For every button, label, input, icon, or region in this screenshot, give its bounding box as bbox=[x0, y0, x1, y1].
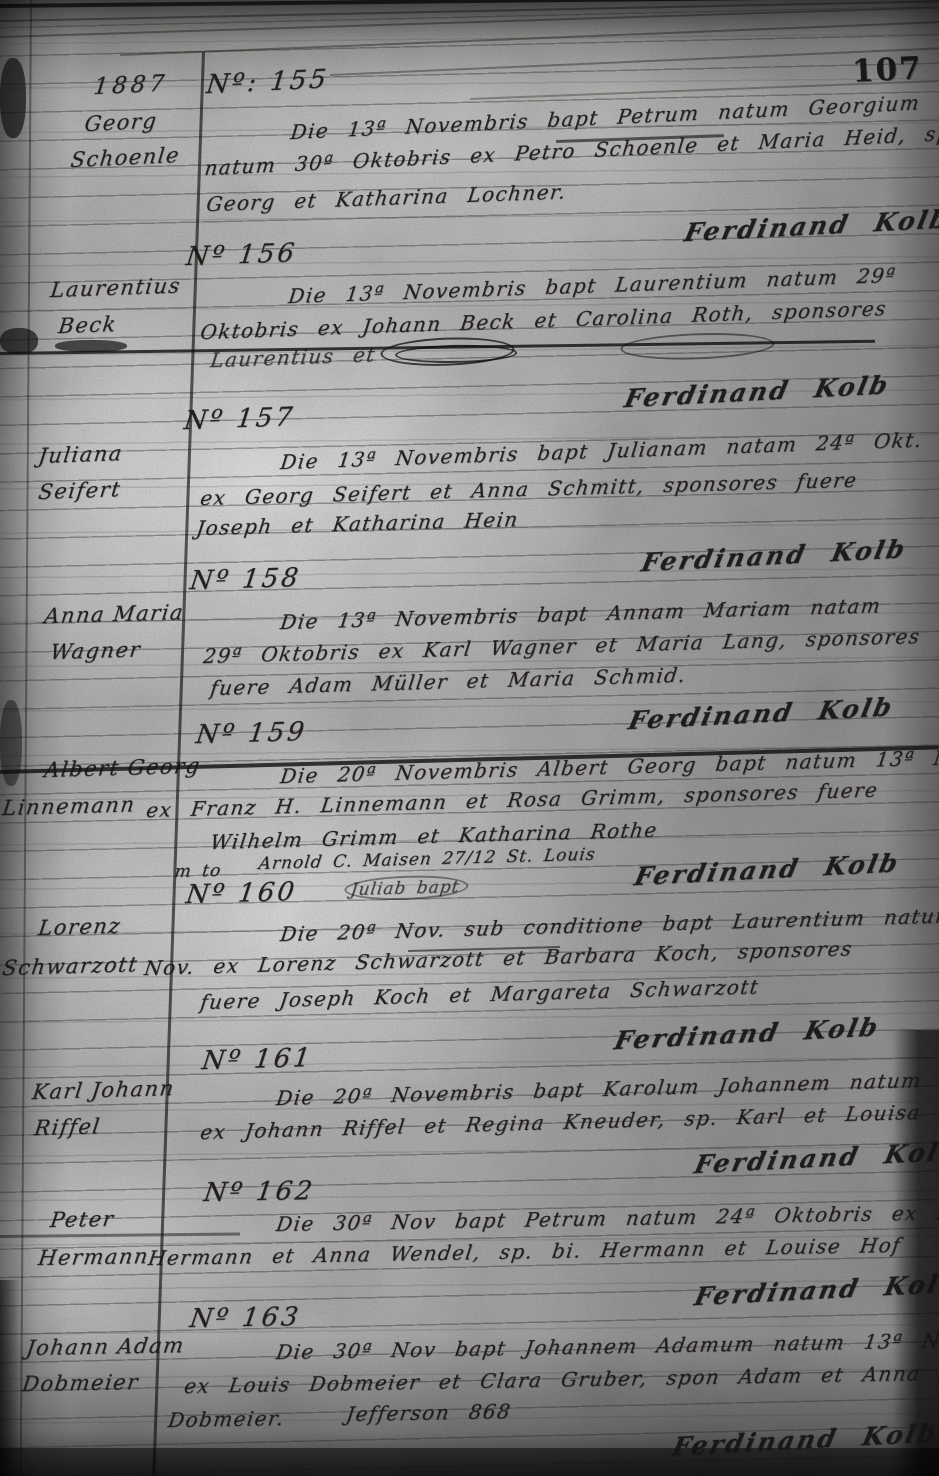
priest-signature: Ferdinand Kolb bbox=[632, 848, 903, 891]
body-line: ex Franz H. Linnemann et Rosa Grimm, spo… bbox=[145, 778, 880, 823]
struck-body-line: Laurentius et bbox=[209, 342, 377, 372]
ink-scribble bbox=[620, 331, 775, 362]
margin-name: Karl Johann bbox=[31, 1076, 176, 1104]
body-line: Hermann et Anna Wendel, sp. bi. Hermann … bbox=[147, 1233, 903, 1270]
edge-shadow bbox=[0, 1280, 20, 1476]
body-line: Joseph et Katharina Hein bbox=[195, 507, 520, 540]
margin-name: Johann Adam bbox=[25, 1333, 187, 1360]
body-line: ex Louis Dobmeier et Clara Gruber, spon … bbox=[183, 1361, 923, 1398]
margin-name: Juliana bbox=[37, 441, 124, 468]
body-line: Dobmeier. bbox=[167, 1406, 287, 1432]
margin-name: Laurentius bbox=[49, 273, 182, 302]
ink-smudge bbox=[0, 58, 26, 138]
margin-name: Anna Maria bbox=[43, 600, 186, 628]
entry-number: Nº 161 bbox=[200, 1043, 315, 1076]
address-note: Jefferson 868 bbox=[345, 1399, 513, 1426]
priest-signature: Ferdinand Kolb bbox=[670, 1418, 939, 1461]
body-line: Georg et Katharina Lochner. bbox=[205, 179, 568, 216]
entry-number: Nº 163 bbox=[188, 1302, 303, 1334]
body-line: Die 30ª Nov bapt Johannem Adamum natum 1… bbox=[275, 1327, 939, 1364]
margin-name: Hermann bbox=[37, 1244, 151, 1270]
scan-line bbox=[0, 1232, 240, 1237]
entry-number: Nº: 155 bbox=[205, 64, 331, 100]
margin-name: Georg bbox=[83, 109, 158, 137]
margin-name: Beck bbox=[57, 312, 118, 338]
priest-signature: Ferdinand Kolb bbox=[692, 1268, 939, 1311]
margin-year: 1887 bbox=[92, 70, 169, 100]
margin-name: Linnemann bbox=[1, 792, 137, 820]
ink-scribble bbox=[344, 874, 469, 902]
margin-name: Peter bbox=[49, 1207, 116, 1232]
entry-number: Nº 157 bbox=[182, 402, 297, 436]
margin-name: Albert Georg bbox=[43, 754, 202, 782]
body-line: Die 30ª Nov bapt Petrum natum 24ª Oktobr… bbox=[275, 1199, 939, 1236]
margin-name: Lorenz bbox=[37, 914, 123, 940]
body-line: Die 13ª Novembris bapt Julianam natam 24… bbox=[279, 428, 924, 475]
priest-signature: Ferdinand Kolb bbox=[612, 1012, 883, 1055]
entry-number: Nº 156 bbox=[184, 238, 299, 272]
margin-name: Wagner bbox=[49, 637, 143, 664]
priest-signature: Ferdinand Kolb bbox=[639, 534, 910, 577]
priest-signature: Ferdinand Kolb bbox=[682, 204, 939, 247]
scan-line bbox=[330, 47, 939, 76]
margin-name: Schwarzott bbox=[1, 952, 140, 980]
entry-number: Nº 158 bbox=[188, 563, 303, 596]
margin-name: Riffel bbox=[33, 1114, 102, 1140]
priest-signature: Ferdinand Kolb bbox=[622, 370, 893, 413]
ink-smudge bbox=[0, 328, 38, 354]
entry-number: Nº 162 bbox=[202, 1176, 317, 1208]
entry-number: Nº 159 bbox=[194, 717, 309, 750]
body-line: Nov. ex Lorenz Schwarzott et Barbara Koc… bbox=[143, 936, 854, 980]
entry-number: Nº 160 bbox=[184, 877, 299, 910]
register-page: 107 1887 Nº: 155 Georg Schoenle Die 13ª … bbox=[0, 0, 939, 1476]
margin-name: Dobmeier bbox=[21, 1370, 141, 1396]
priest-signature: Ferdinand Kolb bbox=[626, 692, 897, 735]
priest-signature: Ferdinand Kolb bbox=[692, 1136, 939, 1179]
body-line: ex Georg Seifert et Anna Schmitt, sponso… bbox=[199, 468, 859, 510]
margin-name: Seifert bbox=[37, 477, 123, 504]
scan-line bbox=[120, 21, 938, 56]
body-line: fuere Adam Müller et Maria Schmid. bbox=[209, 663, 688, 700]
margin-name: Schoenle bbox=[69, 143, 181, 172]
body-line: fuere Joseph Koch et Margareta Schwarzot… bbox=[199, 974, 761, 1014]
